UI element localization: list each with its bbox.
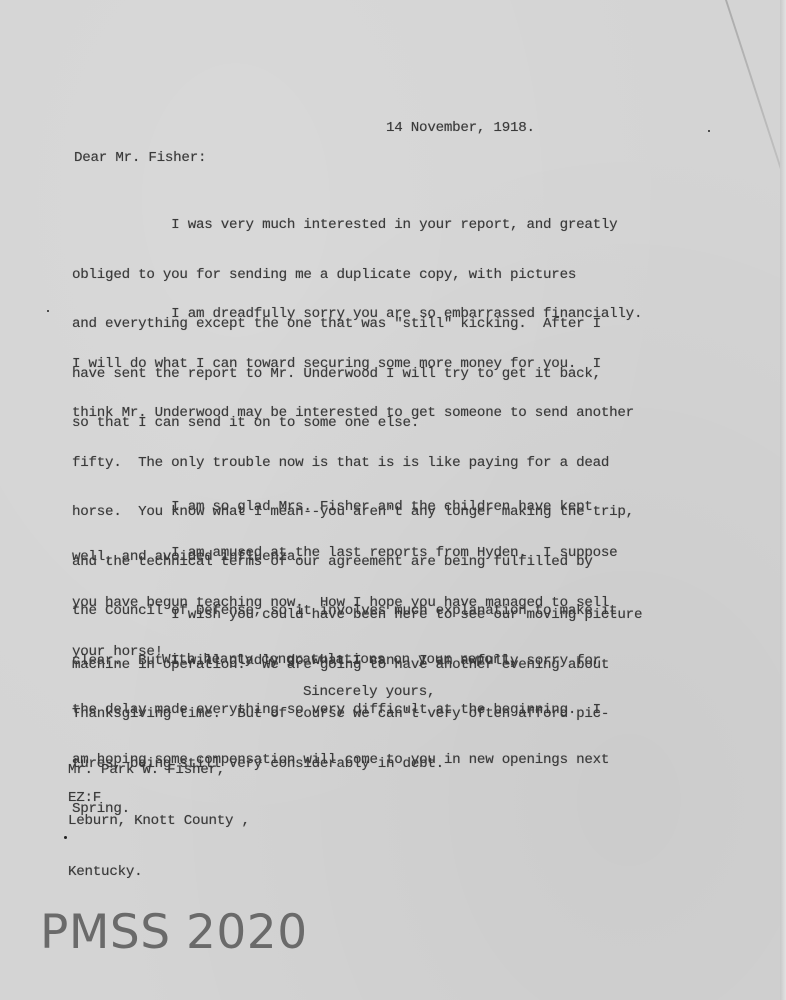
ink-speck <box>708 130 710 132</box>
reference-initials: EZ:F <box>68 790 101 807</box>
text-line: I will do what I can toward securing som… <box>72 356 642 373</box>
recipient-address: Mr. Park W. Fisher, Leburn, Knott County… <box>68 728 250 915</box>
text-line: I wish you could have been here to see o… <box>72 607 642 624</box>
address-line: Mr. Park W. Fisher, <box>68 762 250 779</box>
letter-date: 14 November, 1918. <box>386 120 535 137</box>
text-line: Thanksgiving time. But of course we can'… <box>72 706 642 723</box>
signoff: Sincerely yours, <box>303 684 435 701</box>
address-line: Kentucky. <box>68 864 250 881</box>
ink-speck <box>64 836 67 839</box>
ink-speck <box>47 310 49 312</box>
text-line: I am amused at the last reports from Hyd… <box>72 545 617 562</box>
paper-fold-line <box>725 0 786 200</box>
paper-edge <box>780 0 786 1000</box>
closing-line: With hearty congratulations on your repo… <box>162 652 517 669</box>
text-line: I was very much interested in your repor… <box>72 217 617 234</box>
text-line: think Mr. Underwood may be interested to… <box>72 405 642 422</box>
watermark: PMSS 2020 <box>40 905 308 960</box>
letter-page: 14 November, 1918. Dear Mr. Fisher: I wa… <box>0 0 786 1000</box>
address-line: Leburn, Knott County , <box>68 813 250 830</box>
text-line: I am dreadfully sorry you are so embarra… <box>72 306 642 323</box>
salutation: Dear Mr. Fisher: <box>74 150 206 167</box>
